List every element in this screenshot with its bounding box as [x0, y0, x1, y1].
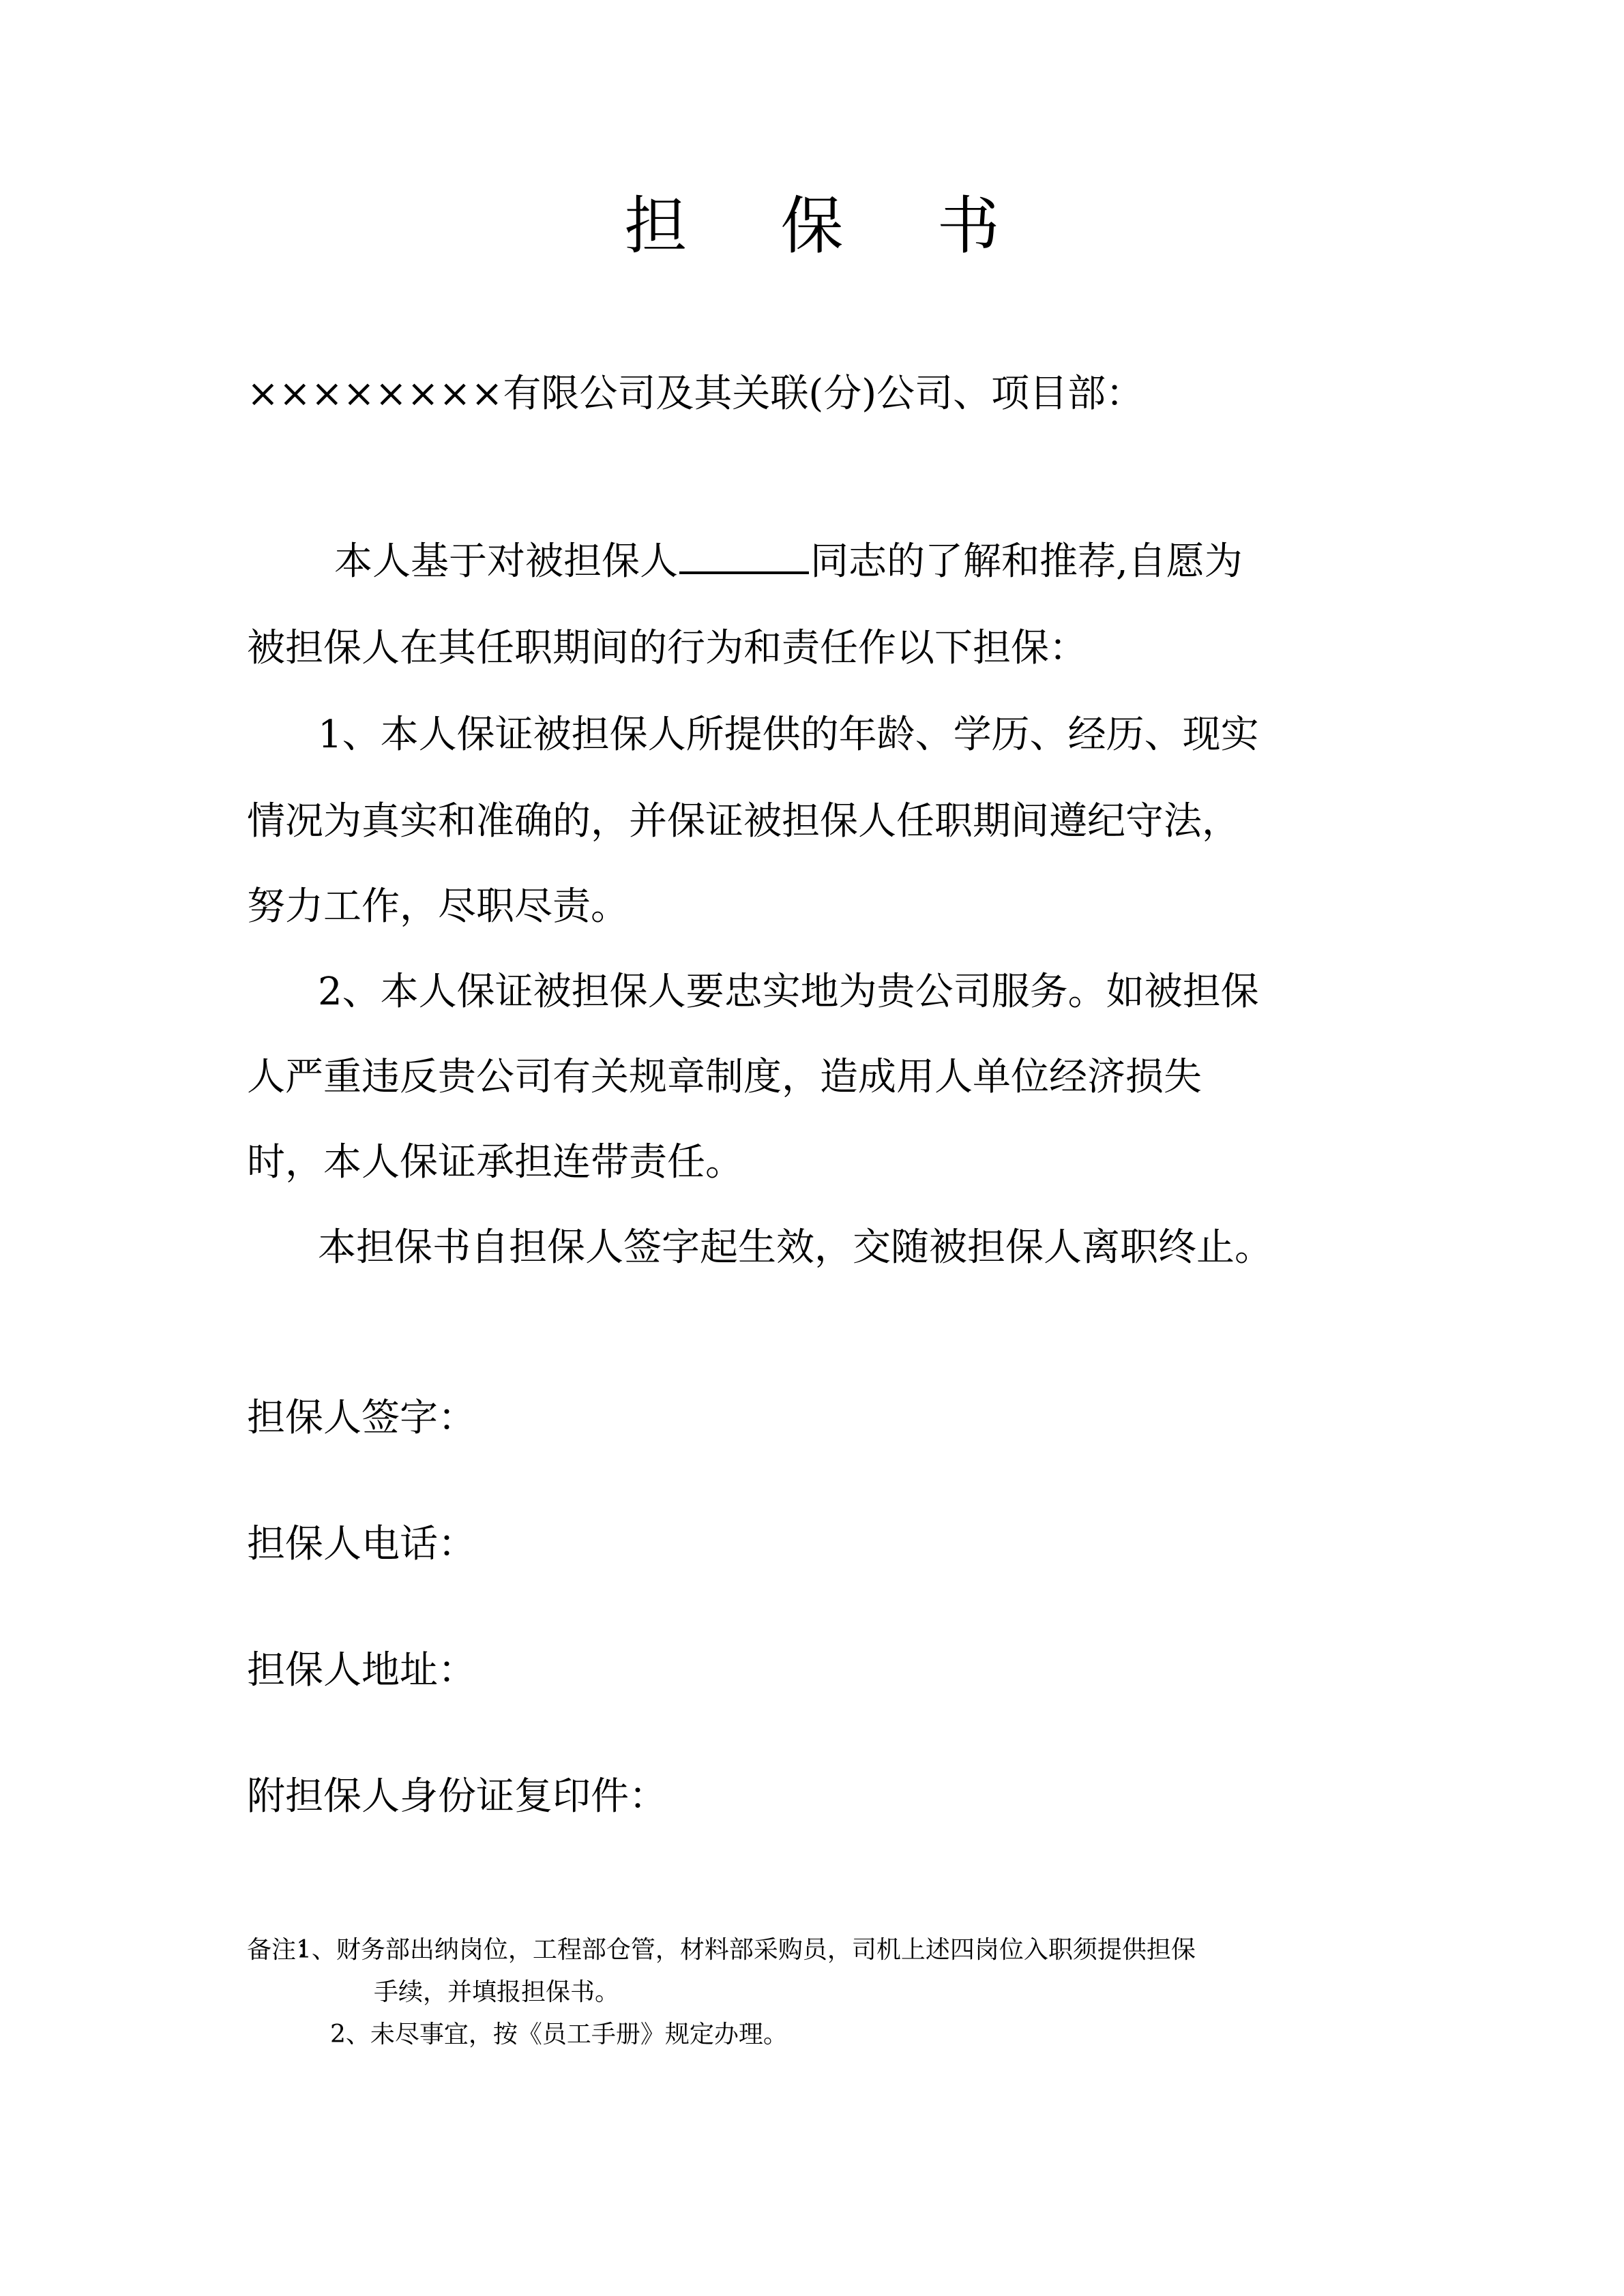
intro-line-2: 被担保人在其任职期间的行为和责任作以下担保：: [247, 625, 1087, 672]
addressee: ××××××××有限公司及其关联(分)公司、项目部：: [247, 370, 1144, 418]
title-char-1: 担: [624, 185, 687, 267]
clause-1-line-1: 1、本人保证被担保人所提供的年龄、学历、经历、现实: [318, 711, 1259, 759]
title-char-2: 保: [780, 185, 843, 267]
document-page: 担 保 书 ××××××××有限公司及其关联(分)公司、项目部： 本人基于对被担…: [0, 0, 1624, 2296]
note-1-line-1: 1、财务部出纳岗位，工程部仓管，材料部采购员，司机上述四岗位入职须提供担保: [296, 1934, 1196, 1967]
note-2: 2、未尽事宜，按《员工手册》规定办理。: [330, 2018, 788, 2051]
title-char-3: 书: [937, 185, 1000, 267]
clause-2-line-2: 人严重违反贵公司有关规章制度，造成用人单位经济损失: [247, 1054, 1202, 1101]
intro-text-after-blank: 同志的了解和推荐,自愿为: [810, 539, 1243, 584]
clause-2-line-1: 2、本人保证被担保人要忠实地为贵公司服务。如被担保: [318, 968, 1259, 1016]
intro-text-before-blank: 本人基于对被担保人: [334, 539, 678, 584]
guarantor-phone-field: 担保人电话：: [247, 1521, 476, 1568]
clause-1-line-3: 努力工作，尽职尽责。: [247, 883, 629, 931]
clause-2-line-3: 时，本人保证承担连带责任。: [247, 1139, 743, 1187]
validity-statement: 本担保书自担保人签字起生效，交随被担保人离职终止。: [318, 1224, 1273, 1272]
guarantor-address-field: 担保人地址：: [247, 1647, 476, 1695]
intro-line-1: 本人基于对被担保人同志的了解和推荐,自愿为: [334, 537, 1243, 586]
guarantor-signature-field: 担保人签字：: [247, 1395, 476, 1442]
document-title: 担 保 书: [0, 185, 1624, 267]
clause-1-line-2: 情况为真实和准确的，并保证被担保人任职期间遵纪守法，: [247, 798, 1240, 846]
guarantor-id-copy-field: 附担保人身份证复印件：: [247, 1773, 667, 1821]
guaranteed-person-name-blank[interactable]: [679, 537, 809, 574]
note-1-line-2: 手续，并填报担保书。: [374, 1976, 619, 2009]
